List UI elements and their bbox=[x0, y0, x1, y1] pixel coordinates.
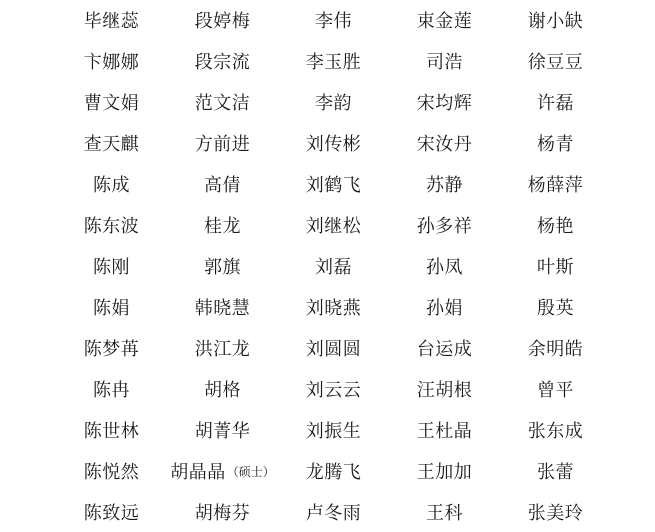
name-cell: 段婷梅 bbox=[167, 0, 278, 41]
name-cell: 陈梦苒 bbox=[56, 328, 167, 369]
name-cell: 段宗流 bbox=[167, 41, 278, 82]
name-cell: 孙多祥 bbox=[389, 205, 500, 246]
name-cell: 李玉胜 bbox=[278, 41, 389, 82]
name-cell: 谢小缺 bbox=[500, 0, 611, 41]
name-cell: 刘磊 bbox=[278, 246, 389, 287]
name-cell: 杨青 bbox=[500, 123, 611, 164]
name-cell: 王加加 bbox=[389, 451, 500, 492]
name-cell: 陈东波 bbox=[56, 205, 167, 246]
name-cell: 方前进 bbox=[167, 123, 278, 164]
name-cell: 卢冬雨 bbox=[278, 492, 389, 532]
name-cell: 胡梅芬 bbox=[167, 492, 278, 532]
name-cell: 刘云云 bbox=[278, 369, 389, 410]
name-cell: 刘传彬 bbox=[278, 123, 389, 164]
name-cell: 陈娟 bbox=[56, 287, 167, 328]
name-cell: 叶斯 bbox=[500, 246, 611, 287]
name-cell: 陈悦然 bbox=[56, 451, 167, 492]
name-cell: 陈世林 bbox=[56, 410, 167, 451]
name-cell: 陈冉 bbox=[56, 369, 167, 410]
name-cell: 郭旗 bbox=[167, 246, 278, 287]
name-cell: 宋均辉 bbox=[389, 82, 500, 123]
name-cell: 胡晶晶（硕士） bbox=[167, 451, 278, 492]
name-cell: 张蕾 bbox=[500, 451, 611, 492]
name-cell: 刘晓燕 bbox=[278, 287, 389, 328]
name-cell: 李韵 bbox=[278, 82, 389, 123]
name-cell: 曹文娟 bbox=[56, 82, 167, 123]
person-name: 胡晶晶 bbox=[170, 463, 226, 481]
name-cell: 韩晓慧 bbox=[167, 287, 278, 328]
name-cell: 范文洁 bbox=[167, 82, 278, 123]
name-cell: 王杜晶 bbox=[389, 410, 500, 451]
name-cell: 苏静 bbox=[389, 164, 500, 205]
name-cell: 胡菁华 bbox=[167, 410, 278, 451]
name-roster-page: 毕继蕊段婷梅李伟束金莲谢小缺卞娜娜段宗流李玉胜司浩徐豆豆曹文娟范文洁李韵宋均辉许… bbox=[0, 0, 655, 532]
name-cell: 卞娜娜 bbox=[56, 41, 167, 82]
name-cell: 桂龙 bbox=[167, 205, 278, 246]
name-cell: 龙腾飞 bbox=[278, 451, 389, 492]
name-cell: 许磊 bbox=[500, 82, 611, 123]
name-cell: 张东成 bbox=[500, 410, 611, 451]
name-cell: 徐豆豆 bbox=[500, 41, 611, 82]
name-cell: 李伟 bbox=[278, 0, 389, 41]
name-cell: 张美玲 bbox=[500, 492, 611, 532]
name-cell: 宋汝丹 bbox=[389, 123, 500, 164]
name-cell: 束金莲 bbox=[389, 0, 500, 41]
name-cell: 胡格 bbox=[167, 369, 278, 410]
name-cell: 孙娟 bbox=[389, 287, 500, 328]
name-cell: 王科 bbox=[389, 492, 500, 532]
name-cell: 曾平 bbox=[500, 369, 611, 410]
name-cell: 余明皓 bbox=[500, 328, 611, 369]
name-cell: 刘继松 bbox=[278, 205, 389, 246]
name-cell: 陈刚 bbox=[56, 246, 167, 287]
name-grid: 毕继蕊段婷梅李伟束金莲谢小缺卞娜娜段宗流李玉胜司浩徐豆豆曹文娟范文洁李韵宋均辉许… bbox=[56, 0, 611, 532]
name-cell: 陈致远 bbox=[56, 492, 167, 532]
name-cell: 毕继蕊 bbox=[56, 0, 167, 41]
name-cell: 陈成 bbox=[56, 164, 167, 205]
name-cell: 孙凤 bbox=[389, 246, 500, 287]
name-cell: 司浩 bbox=[389, 41, 500, 82]
name-cell: 刘振生 bbox=[278, 410, 389, 451]
name-cell: 汪胡根 bbox=[389, 369, 500, 410]
name-cell: 刘鹤飞 bbox=[278, 164, 389, 205]
name-cell: 杨薛萍 bbox=[500, 164, 611, 205]
name-cell: 殷英 bbox=[500, 287, 611, 328]
name-cell: 杨艳 bbox=[500, 205, 611, 246]
degree-note: （硕士） bbox=[227, 466, 275, 478]
name-cell: 高倩 bbox=[167, 164, 278, 205]
name-cell: 台运成 bbox=[389, 328, 500, 369]
name-cell: 查天麒 bbox=[56, 123, 167, 164]
name-cell: 刘圆圆 bbox=[278, 328, 389, 369]
name-cell: 洪江龙 bbox=[167, 328, 278, 369]
